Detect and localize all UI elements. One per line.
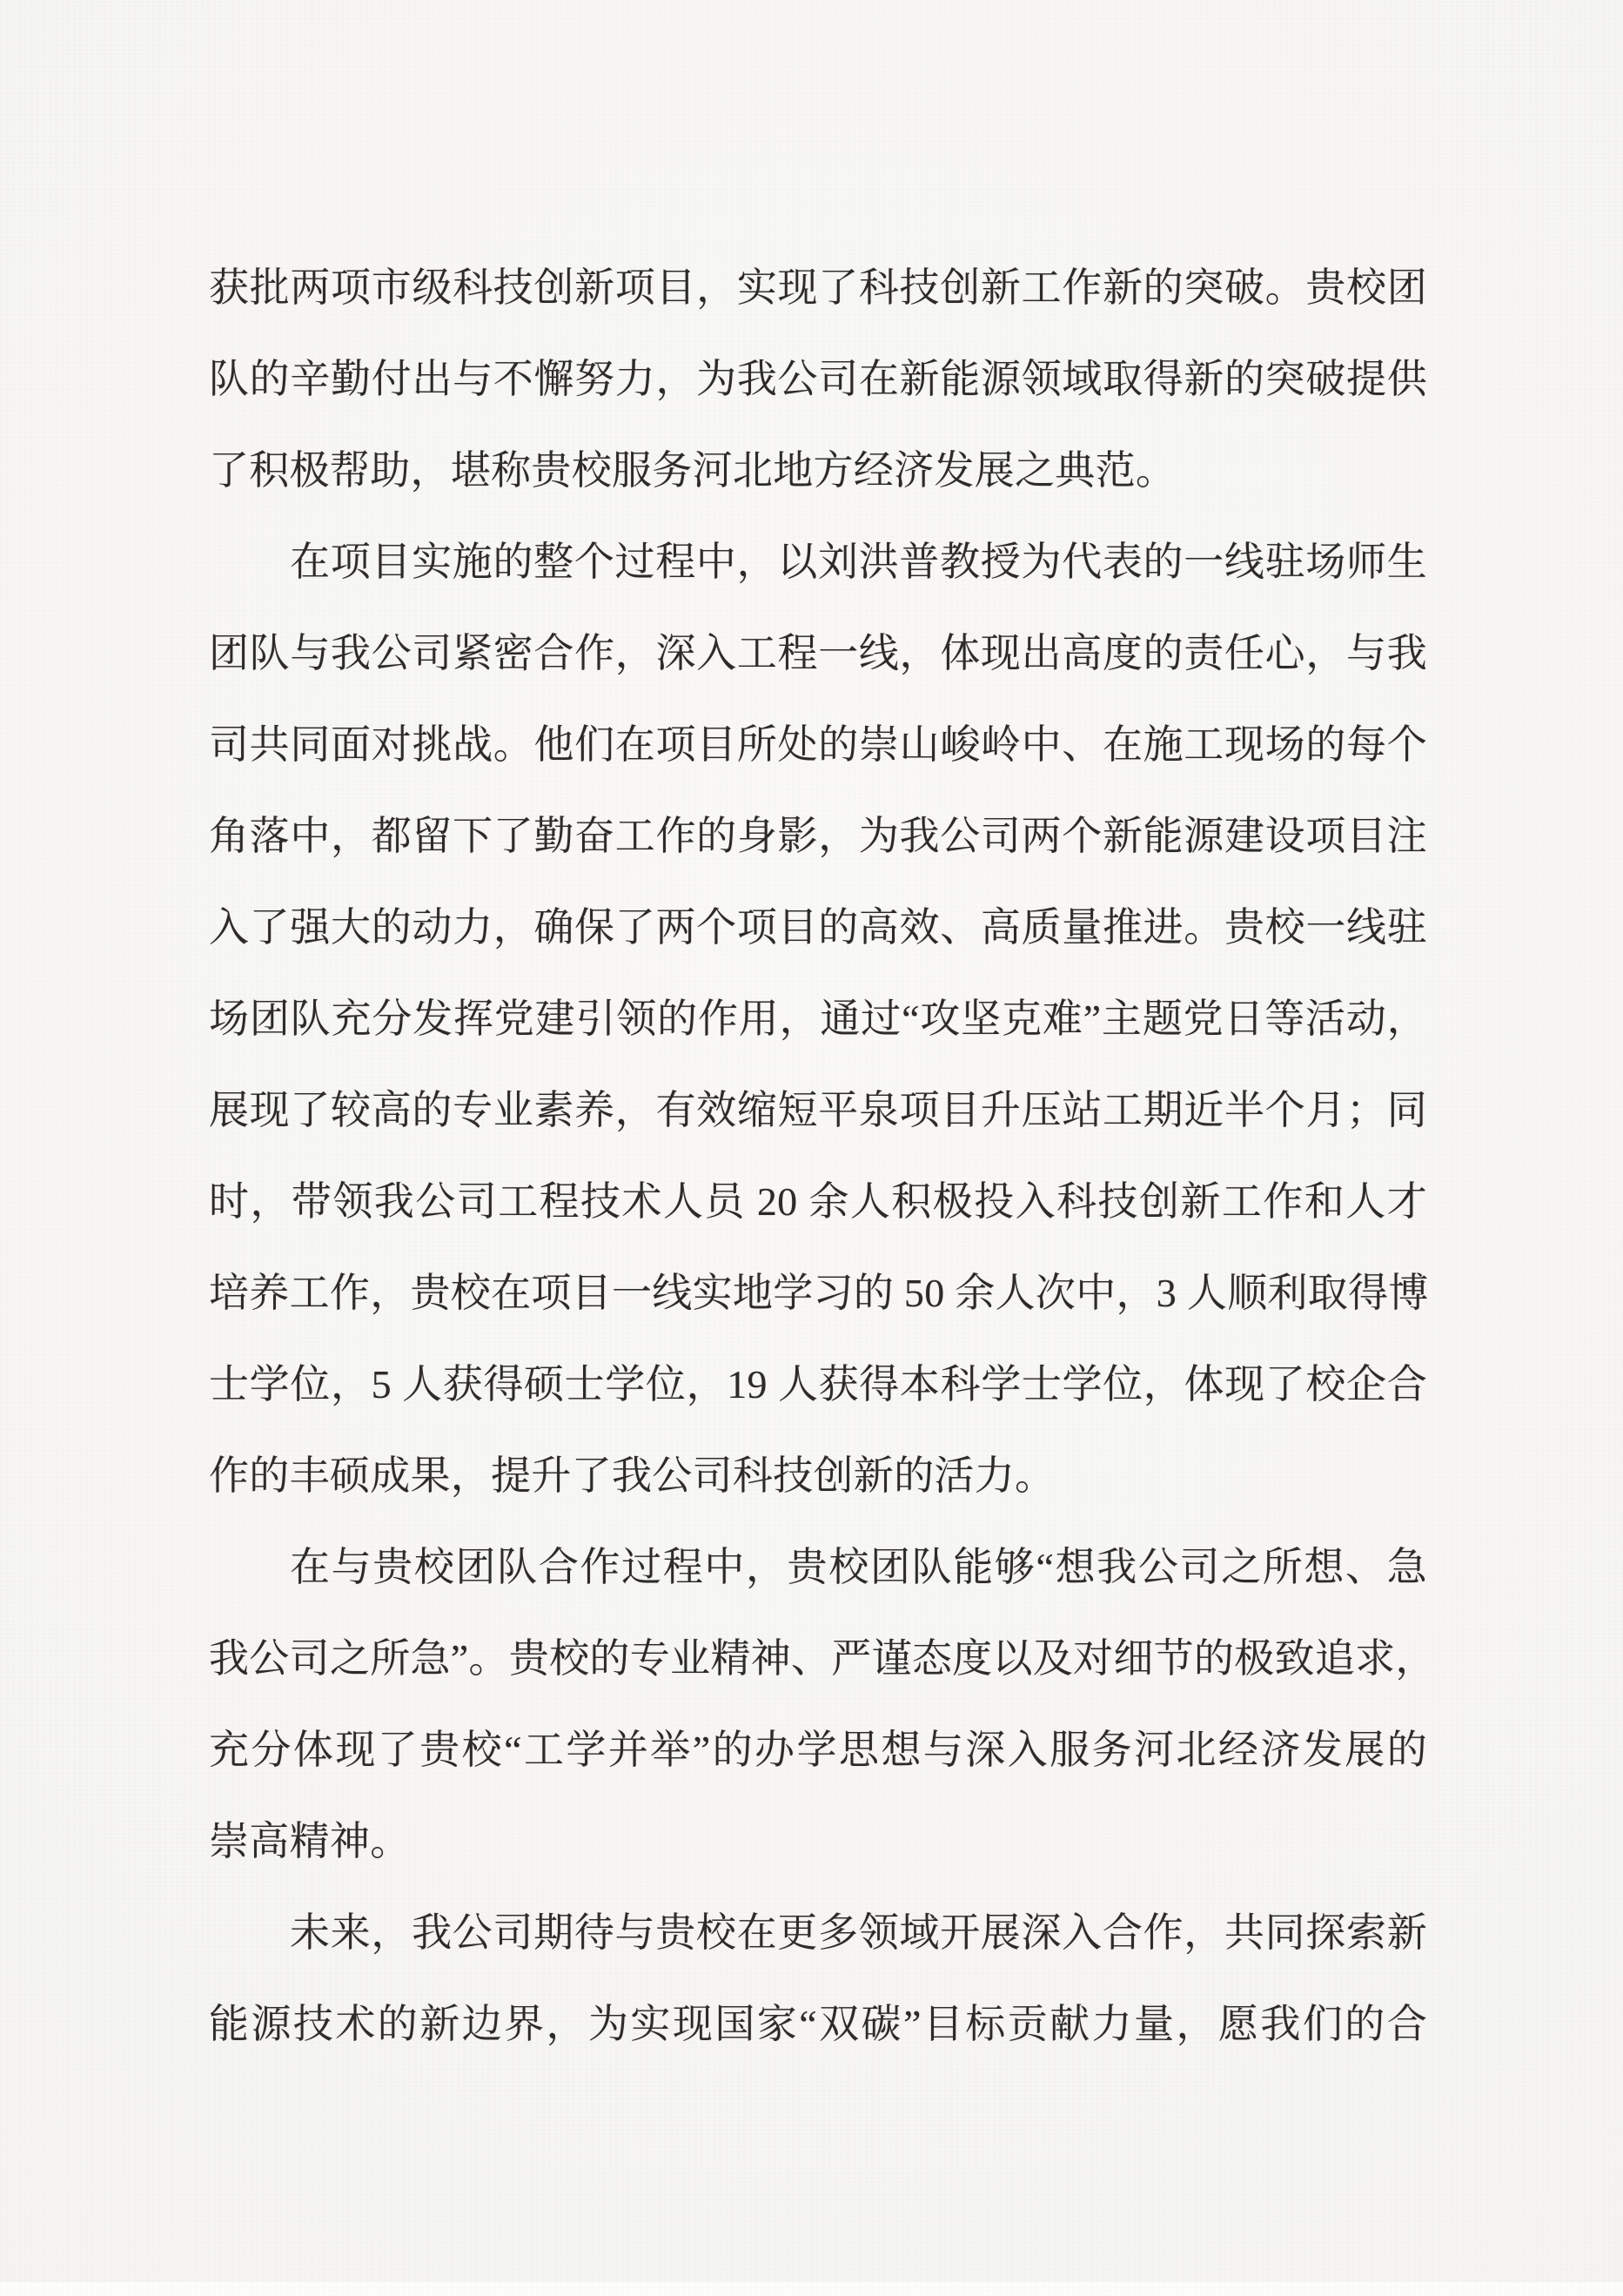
text-line: 能源技术的新边界，为实现国家“双碳”目标贡献力量，愿我们的合: [209, 1978, 1427, 2070]
text-line: 场团队充分发挥党建引领的作用，通过“攻坚克难”主题党日等活动，: [209, 973, 1427, 1064]
text-line: 团队与我公司紧密合作，深入工程一线，体现出高度的责任心，与我: [209, 608, 1427, 699]
text-line: 角落中，都留下了勤奋工作的身影，为我公司两个新能源建设项目注: [209, 790, 1427, 882]
scanner-edge-artifact: [0, 2282, 1623, 2296]
text-line: 在与贵校团队合作过程中，贵校团队能够“想我公司之所想、急: [209, 1521, 1427, 1613]
document-page: 获批两项市级科技创新项目，实现了科技创新工作新的突破。贵校团 队的辛勤付出与不懈…: [0, 0, 1623, 2296]
text-line: 入了强大的动力，确保了两个项目的高效、高质量推进。贵校一线驻: [209, 882, 1427, 973]
paragraph: 在项目实施的整个过程中，以刘洪普教授为代表的一线驻场师生 团队与我公司紧密合作，…: [209, 516, 1427, 1521]
text-line: 获批两项市级科技创新项目，实现了科技创新工作新的突破。贵校团: [209, 242, 1427, 333]
text-line: 未来，我公司期待与贵校在更多领域开展深入合作，共同探索新: [209, 1887, 1427, 1978]
text-line: 我公司之所急”。贵校的专业精神、严谨态度以及对细节的极致追求，: [209, 1613, 1427, 1704]
text-line: 展现了较高的专业素养，有效缩短平泉项目升压站工期近半个月；同: [209, 1064, 1427, 1156]
text-line: 作的丰硕成果，提升了我公司科技创新的活力。: [209, 1430, 1427, 1521]
text-line: 培养工作，贵校在项目一线实地学习的 50 余人次中，3 人顺利取得博: [209, 1247, 1427, 1339]
text-line: 时，带领我公司工程技术人员 20 余人积极投入科技创新工作和人才: [209, 1156, 1427, 1247]
text-line: 士学位，5 人获得硕士学位，19 人获得本科学士学位，体现了校企合: [209, 1339, 1427, 1430]
text-line: 了积极帮助，堪称贵校服务河北地方经济发展之典范。: [209, 425, 1427, 516]
paragraph: 未来，我公司期待与贵校在更多领域开展深入合作，共同探索新 能源技术的新边界，为实…: [209, 1887, 1427, 2070]
text-line: 崇高精神。: [209, 1796, 1427, 1887]
paragraph: 获批两项市级科技创新项目，实现了科技创新工作新的突破。贵校团 队的辛勤付出与不懈…: [209, 242, 1427, 516]
text-line: 在项目实施的整个过程中，以刘洪普教授为代表的一线驻场师生: [209, 516, 1427, 608]
text-line: 司共同面对挑战。他们在项目所处的崇山峻岭中、在施工现场的每个: [209, 699, 1427, 790]
text-line: 充分体现了贵校“工学并举”的办学思想与深入服务河北经济发展的: [209, 1704, 1427, 1796]
letter-body: 获批两项市级科技创新项目，实现了科技创新工作新的突破。贵校团 队的辛勤付出与不懈…: [209, 242, 1427, 2070]
paragraph: 在与贵校团队合作过程中，贵校团队能够“想我公司之所想、急 我公司之所急”。贵校的…: [209, 1521, 1427, 1887]
text-line: 队的辛勤付出与不懈努力，为我公司在新能源领域取得新的突破提供: [209, 333, 1427, 425]
